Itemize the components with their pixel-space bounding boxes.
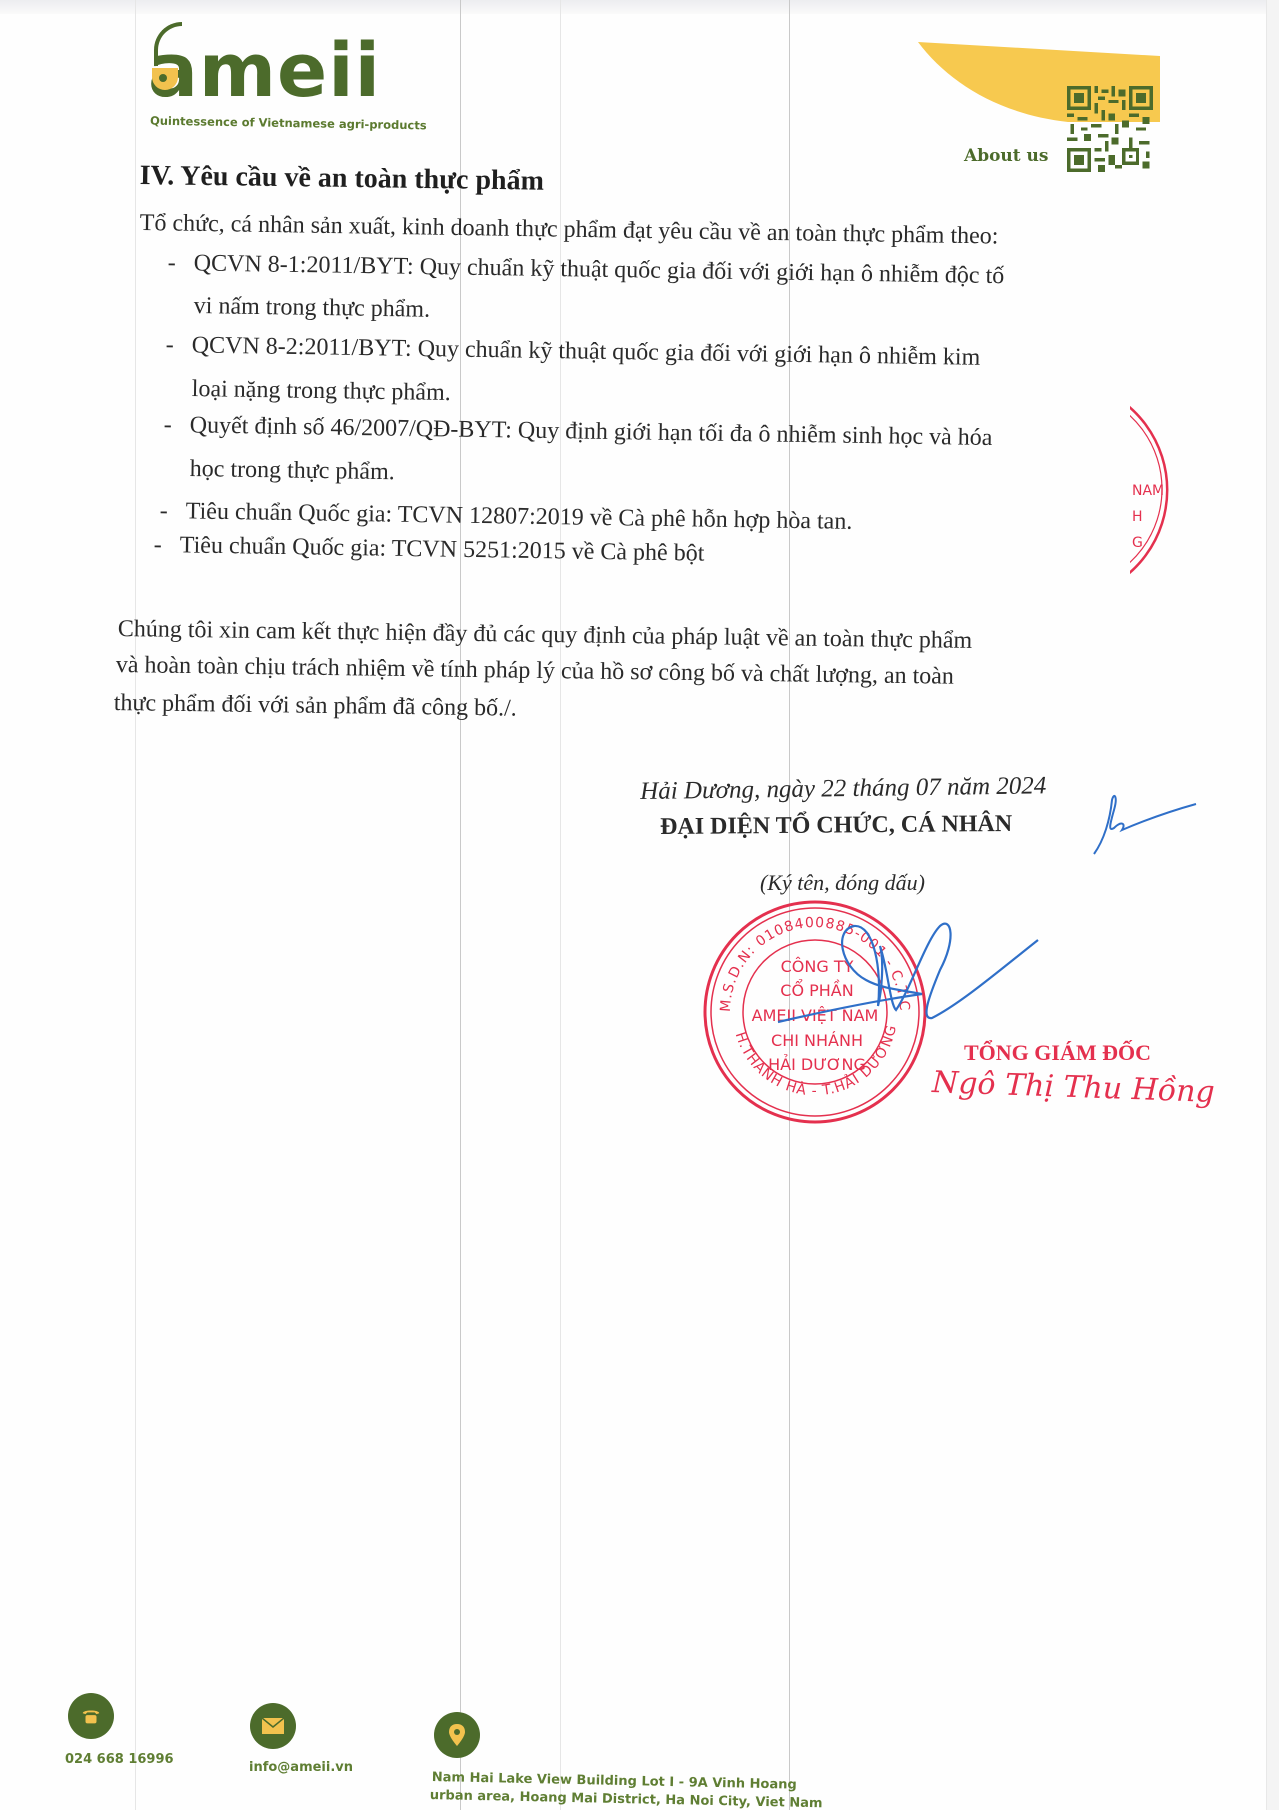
handwritten-signature bbox=[770, 910, 1040, 1040]
representative-title: ĐẠI DIỆN TỔ CHỨC, CÁ NHÂN bbox=[660, 811, 1012, 841]
phone-number[interactable]: 024 668 16996 bbox=[65, 1752, 174, 1767]
bullet-dash: - bbox=[164, 412, 172, 438]
about-us-label: About us bbox=[964, 146, 1048, 166]
svg-text:G: G bbox=[1132, 535, 1143, 551]
sign-instruction: (Ký tên, đóng dấu) bbox=[760, 870, 925, 896]
list-item-continuation: loại nặng trong thực phẩm. bbox=[192, 376, 451, 407]
section-intro: Tổ chức, cá nhân sản xuất, kinh doanh th… bbox=[140, 210, 999, 250]
signatory-name: Ngô Thị Thu Hồng bbox=[931, 1065, 1215, 1110]
qr-code-icon[interactable] bbox=[1066, 86, 1154, 172]
svg-text:H: H bbox=[1132, 509, 1143, 525]
list-item: - Tiêu chuẩn Quốc gia: TCVN 12807:2019 v… bbox=[160, 498, 853, 536]
list-item: - Quyết định số 46/2007/QĐ-BYT: Quy định… bbox=[164, 412, 993, 452]
list-item-line: QCVN 8-1:2011/BYT: Quy chuẩn kỹ thuật qu… bbox=[194, 250, 1005, 289]
scan-edge-right bbox=[1266, 0, 1279, 1810]
commitment-line: thực phẩm đối với sản phẩm đã công bố./. bbox=[114, 690, 517, 723]
email-address[interactable]: info@ameii.vn bbox=[249, 1760, 353, 1775]
svg-text:HẢI DƯƠNG: HẢI DƯƠNG bbox=[768, 1054, 866, 1074]
list-item-line: Tiêu chuẩn Quốc gia: TCVN 5251:2015 về C… bbox=[180, 532, 705, 566]
place-date: Hải Dương, ngày 22 tháng 07 năm 2024 bbox=[640, 772, 1046, 806]
bullet-dash: - bbox=[154, 532, 162, 558]
position-title: TỔNG GIÁM ĐỐC bbox=[964, 1040, 1151, 1066]
page-seal-partial: NAM H G bbox=[1130, 385, 1210, 605]
logo-tagline: Quintessence of Vietnamese agri-products bbox=[150, 114, 427, 133]
logo-wordmark: ameii bbox=[148, 34, 381, 108]
commitment-line: Chúng tôi xin cam kết thực hiện đầy đủ c… bbox=[118, 616, 973, 655]
initial-signature bbox=[1090, 790, 1200, 860]
scan-line bbox=[135, 0, 136, 1810]
bullet-dash: - bbox=[160, 498, 168, 524]
list-item: - QCVN 8-2:2011/BYT: Quy chuẩn kỹ thuật … bbox=[166, 332, 981, 372]
document-page: ameii Quintessence of Vietnamese agri-pr… bbox=[0, 0, 1279, 1810]
list-item-line: QCVN 8-2:2011/BYT: Quy chuẩn kỹ thuật qu… bbox=[192, 332, 981, 370]
bullet-dash: - bbox=[166, 332, 174, 358]
list-item-continuation: vi nấm trong thực phẩm. bbox=[194, 293, 431, 324]
bullet-dash: - bbox=[168, 250, 176, 276]
location-pin-icon bbox=[434, 1712, 480, 1758]
phone-icon bbox=[68, 1693, 114, 1739]
list-item: - QCVN 8-1:2011/BYT: Quy chuẩn kỹ thuật … bbox=[168, 250, 1005, 290]
section-heading: IV. Yêu cầu về an toàn thực phẩm bbox=[140, 160, 545, 198]
email-icon bbox=[250, 1703, 296, 1749]
list-item-line: Tiêu chuẩn Quốc gia: TCVN 12807:2019 về … bbox=[186, 498, 853, 534]
list-item-line: Quyết định số 46/2007/QĐ-BYT: Quy định g… bbox=[190, 412, 993, 451]
scan-edge bbox=[0, 0, 1279, 14]
company-logo: ameii Quintessence of Vietnamese agri-pr… bbox=[146, 24, 446, 134]
list-item-continuation: học trong thực phẩm. bbox=[190, 456, 395, 486]
svg-text:NAM: NAM bbox=[1132, 483, 1164, 499]
commitment-line: và hoàn toàn chịu trách nhiệm về tính ph… bbox=[116, 652, 954, 691]
list-item: - Tiêu chuẩn Quốc gia: TCVN 5251:2015 về… bbox=[154, 532, 705, 568]
